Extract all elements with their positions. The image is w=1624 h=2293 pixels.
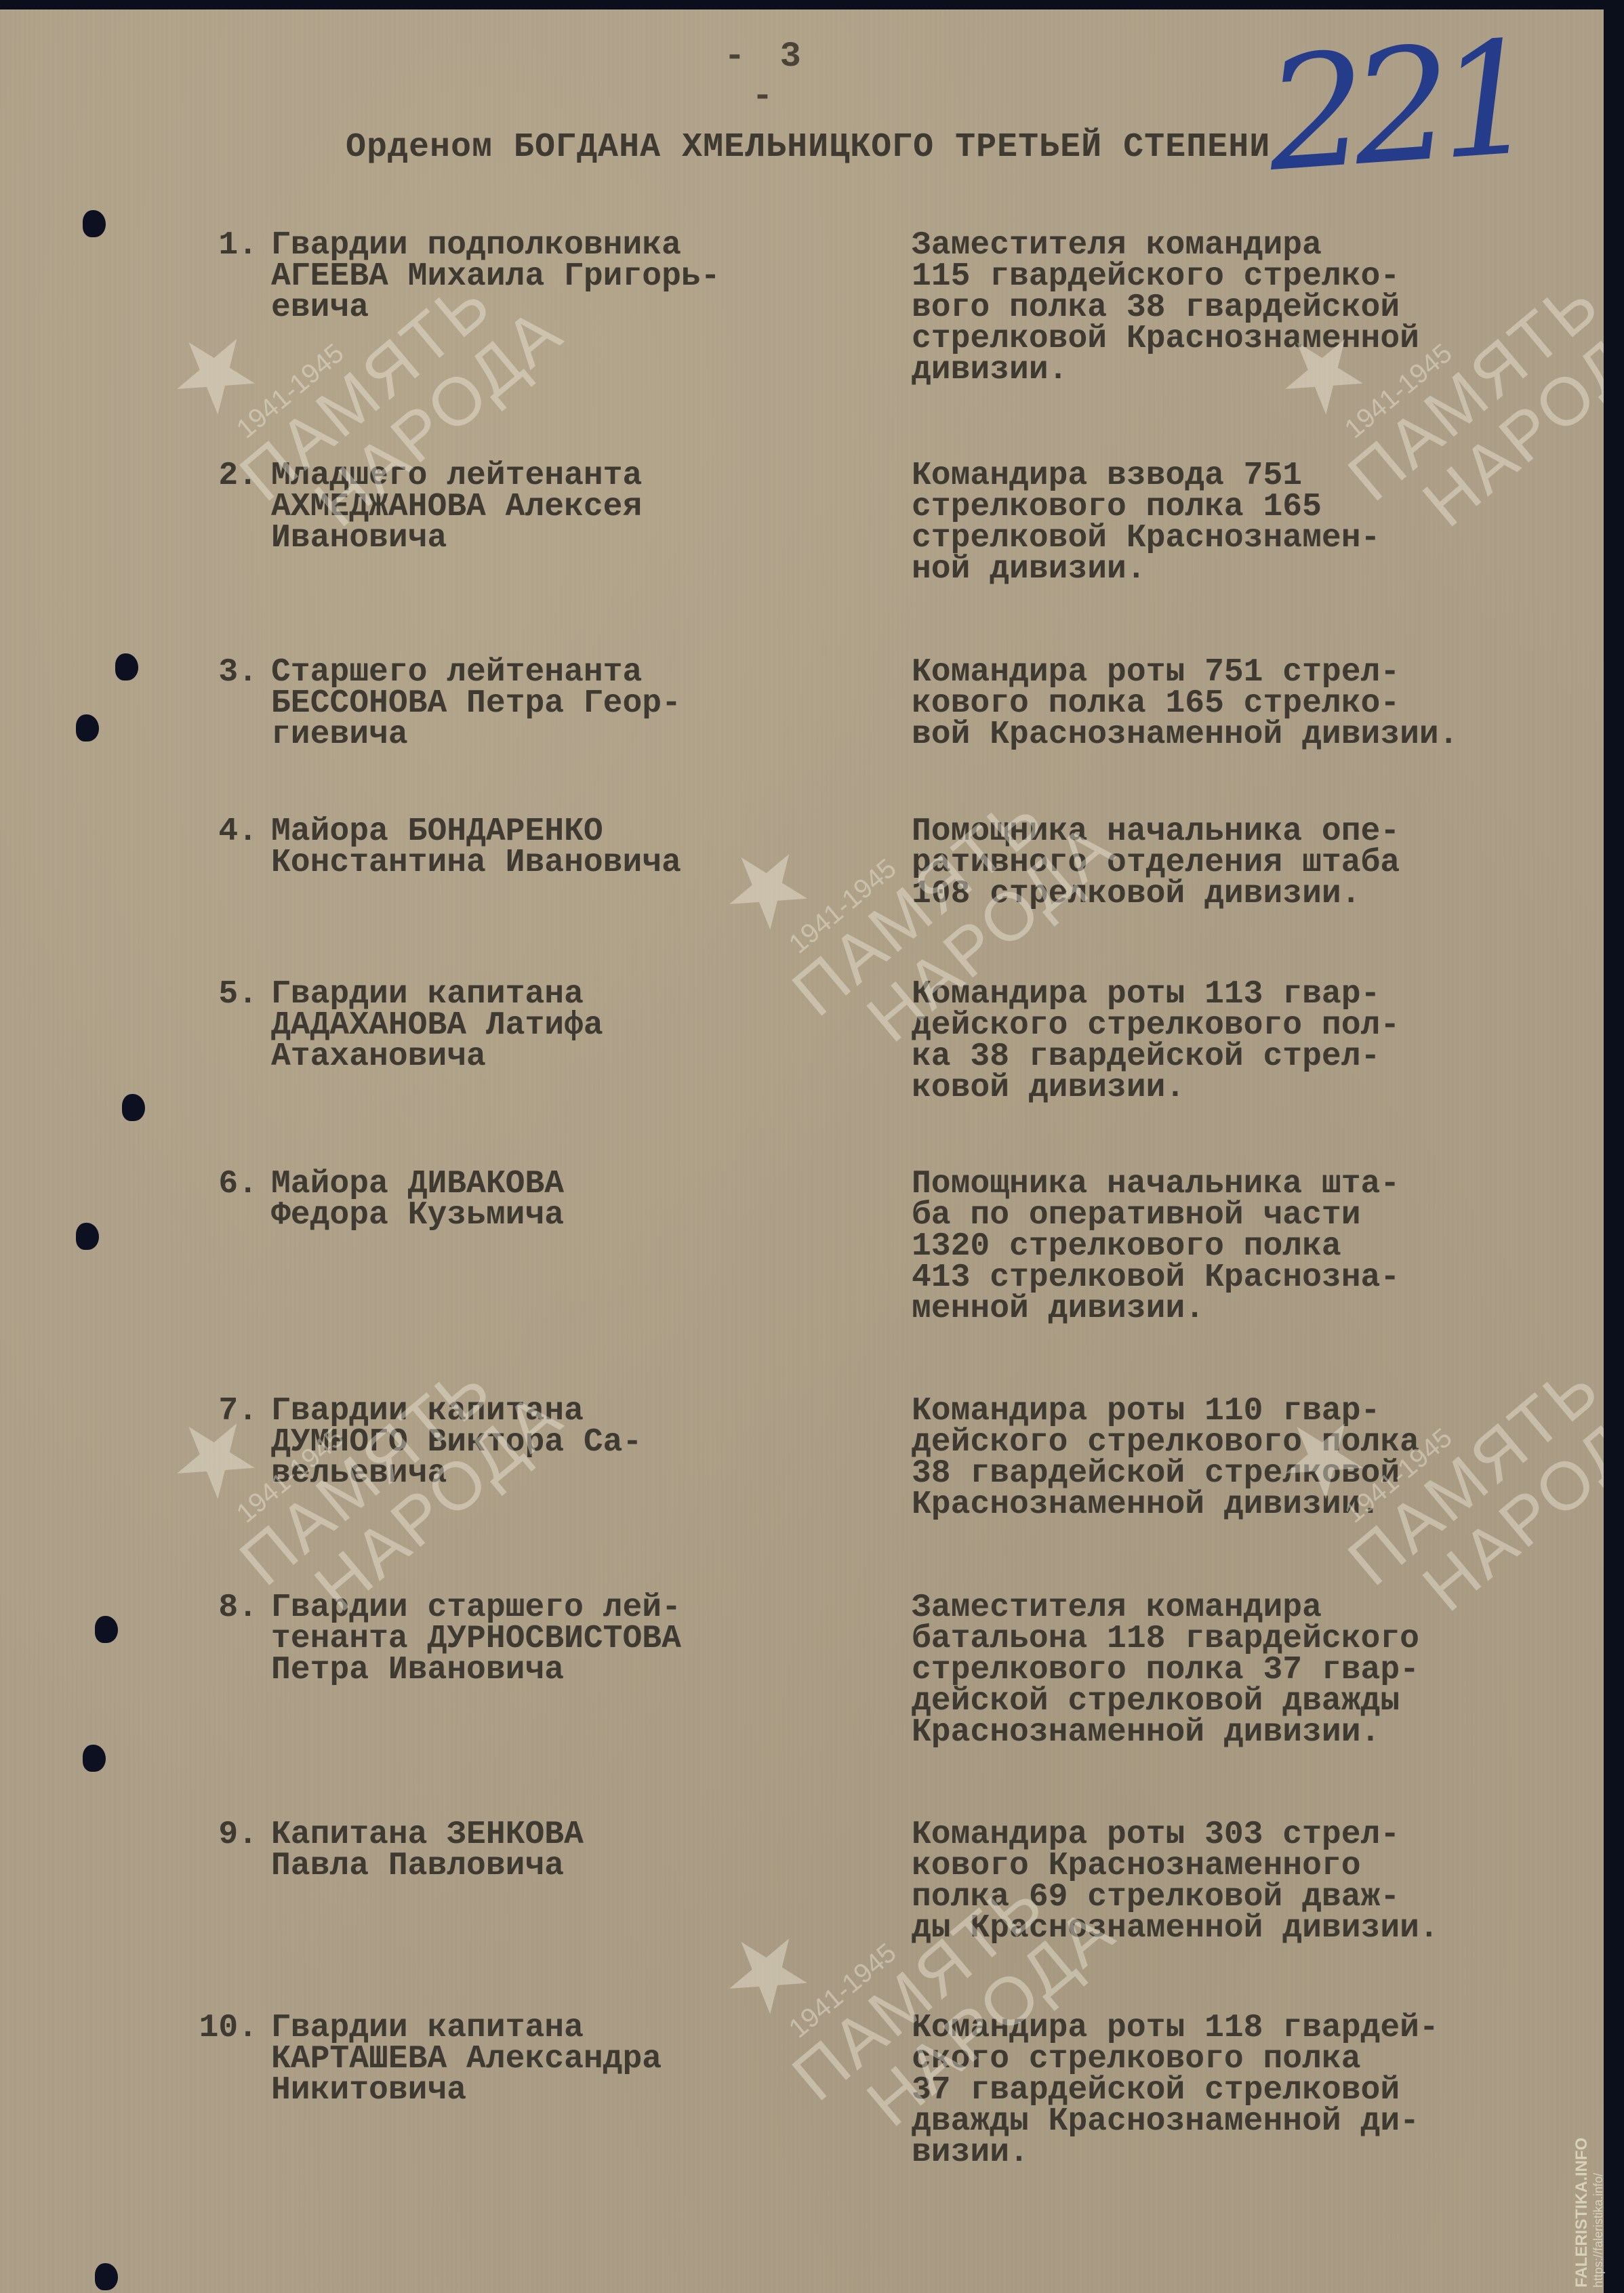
entry-name: Гвардии капитана ДАДАХАНОВА Латифа Атаха… (271, 979, 800, 1072)
entry-name: Капитана ЗЕНКОВА Павла Павловича (271, 1819, 800, 1882)
document-page: - 3 - 221 Орденом БОГДАНА ХМЕЛЬНИЦКОГО Т… (0, 9, 1604, 2293)
entry-name: Гвардии капитана КАРТАШЕВА Александра Ни… (271, 2012, 800, 2106)
entry-number: 9. (183, 1819, 258, 1850)
entry-number: 1. (183, 230, 258, 261)
source-stamp: FALERISTIKA.INFO https://faleristika.inf… (1572, 2138, 1606, 2288)
entry-position: Командира роты 113 гвар- дейского стрелк… (912, 979, 1562, 1103)
punch-hole (122, 1094, 145, 1121)
award-header: Орденом БОГДАНА ХМЕЛЬНИЦКОГО ТРЕТЬЕЙ СТЕ… (346, 128, 1270, 167)
entry-number: 5. (183, 979, 258, 1010)
punch-hole (76, 714, 99, 742)
entry-number: 6. (183, 1169, 258, 1200)
punch-hole (76, 1223, 99, 1250)
page-number: - 3 - (698, 37, 834, 117)
source-url: https://faleristika.info/ (1591, 2138, 1606, 2288)
entry-number: 8. (183, 1592, 258, 1623)
entry-number: 10. (183, 2012, 258, 2044)
punch-hole (95, 1616, 118, 1643)
source-brand: FALERISTIKA.INFO (1572, 2138, 1591, 2288)
entry-number: 3. (183, 657, 258, 688)
punch-hole (83, 210, 106, 237)
entry-number: 4. (183, 816, 258, 847)
punch-hole (83, 1745, 106, 1772)
punch-hole (95, 2263, 118, 2290)
entry-name: Старшего лейтенанта БЕССОНОВА Петра Геор… (271, 657, 800, 750)
punch-hole (115, 653, 138, 681)
entry-name: Майора ДИВАКОВА Федора Кузьмича (271, 1169, 800, 1231)
watermark: ★ 1941-1945 ПАМЯТЬ НАРОДА (146, 1230, 574, 1649)
